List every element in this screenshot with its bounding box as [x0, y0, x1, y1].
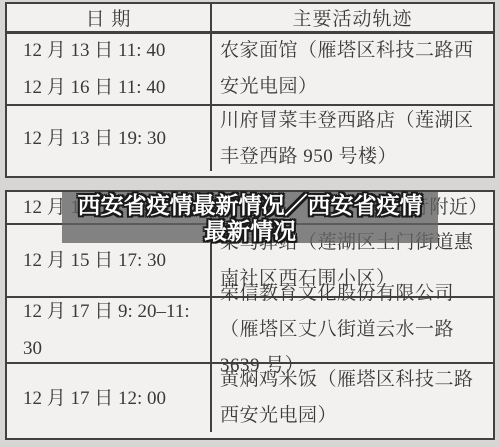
date-cell: 12 月 13 日 19: 30: [7, 106, 212, 171]
header-cell-trajectory: 主要活动轨迹: [212, 4, 493, 31]
table-row: 12 月 13 日 11: 40 12 月 16 日 11: 40 农家面馆（雁…: [7, 34, 493, 106]
date-cell: 12 月 17 日 12: 00: [7, 364, 212, 432]
trajectory-cell: 黄焖鸡米饭（雁塔区科技二路西安光电园）: [212, 364, 493, 432]
date-cell: 12 月 13 日 11: 40 12 月 16 日 11: 40: [7, 34, 212, 104]
watermark-title-banner: 西安省疫情最新情况／西安省疫情最新情况: [62, 192, 438, 243]
table-row: 12 月 17 日 9: 20–11: 30 荣信教育文化股份有限公司（雁塔区丈…: [7, 298, 493, 364]
date-cell: 12 月 17 日 9: 20–11: 30: [7, 298, 212, 362]
trajectory-cell: 川府冒菜丰登西路店（莲湖区丰登西路 950 号楼）: [212, 106, 493, 171]
trajectory-cell: 农家面馆（雁塔区科技二路西安光电园）: [212, 34, 493, 104]
watermark-title-text: 西安省疫情最新情况／西安省疫情最新情况: [72, 192, 428, 244]
page: { "colors": { "page_bg": "#d8d6d4", "cel…: [0, 0, 500, 447]
table-row: 12 月 17 日 12: 00 黄焖鸡米饭（雁塔区科技二路西安光电园）: [7, 364, 493, 432]
table-row: 12 月 13 日 19: 30 川府冒菜丰登西路店（莲湖区丰登西路 950 号…: [7, 106, 493, 171]
activity-table-upper: 日 期 主要活动轨迹 12 月 13 日 11: 40 12 月 16 日 11…: [5, 2, 495, 178]
trajectory-cell: 荣信教育文化股份有限公司（雁塔区丈八街道云水一路 3639 号）: [212, 298, 493, 362]
header-cell-date: 日 期: [7, 4, 212, 31]
table-header-row: 日 期 主要活动轨迹: [7, 4, 493, 34]
